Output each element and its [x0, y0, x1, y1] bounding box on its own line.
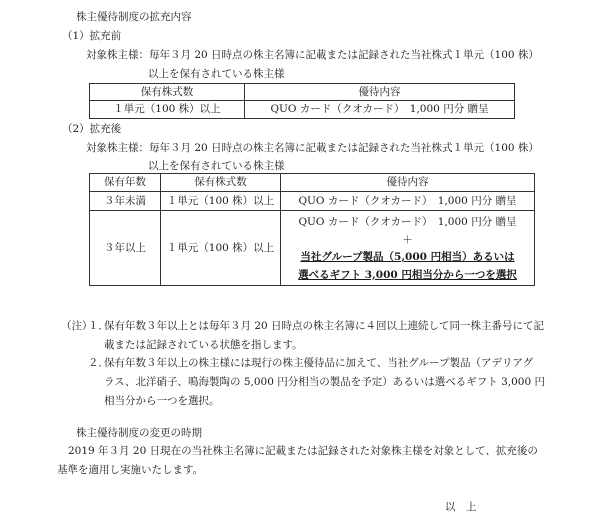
header-benefit: 優待内容 [245, 84, 515, 101]
timing-line2: 基準を適用し実施いたします。 [57, 465, 203, 476]
cell-benefit: QUO カード（クオカード） 1,000 円分 贈呈 [245, 101, 515, 119]
header-shares: 保有株式数 [161, 174, 281, 192]
eligibility-after-line2: 以上を保有されている株主様 [148, 161, 285, 172]
cell-benefit: QUO カード（クオカード） 1,000 円分 贈呈 [281, 192, 535, 211]
header-shares: 保有株式数 [90, 84, 245, 101]
table-after-header-row: 保有年数 保有株式数 優待内容 [90, 174, 535, 192]
table-before: 保有株式数 優待内容 １単元（100 株）以上 QUO カード（クオカード） 1… [89, 83, 515, 119]
note-2-line2: ラス、北洋硝子、鳴海製陶の 5,000 円分相当の製品を予定）あるいは選べるギフ… [104, 377, 545, 388]
header-years: 保有年数 [90, 174, 161, 192]
benefit-line-quo: QUO カード（クオカード） 1,000 円分 贈呈 [298, 217, 516, 228]
section-title-expansion: 株主優待制度の拡充内容 [76, 12, 192, 23]
table-row: ３年以上 １単元（100 株）以上 QUO カード（クオカード） 1,000 円… [90, 211, 535, 286]
timing-line1: 2019 年３月 20 日現在の当社株主名簿に記載または記録された対象株主様を対… [68, 446, 538, 457]
cell-shares: １単元（100 株）以上 [161, 211, 281, 286]
cell-shares: １単元（100 株）以上 [90, 101, 245, 119]
closing-mark: 以 上 [445, 502, 477, 513]
cell-years: ３年未満 [90, 192, 161, 211]
eligibility-before-line1: 対象株主様：毎年３月 20 日時点の株主名簿に記載または記録された当社株式１単元… [86, 50, 539, 61]
note-2-line3: 相当分から一つを選択。 [104, 396, 220, 407]
header-benefit: 優待内容 [281, 174, 535, 192]
heading-after: （2）拡充後 [62, 124, 121, 135]
benefit-line-gift: 選べるギフト 3,000 円相当分から一つを選択 [298, 270, 517, 281]
benefit-line-group-products: 当社グループ製品（5,000 円相当）あるいは [300, 252, 514, 263]
table-row: ３年未満 １単元（100 株）以上 QUO カード（クオカード） 1,000 円… [90, 192, 535, 211]
table-after: 保有年数 保有株式数 優待内容 ３年未満 １単元（100 株）以上 QUO カー… [89, 173, 535, 286]
eligibility-before-line2: 以上を保有されている株主様 [148, 69, 285, 80]
table-row: １単元（100 株）以上 QUO カード（クオカード） 1,000 円分 贈呈 [90, 101, 515, 119]
note-1-line2: 載または記録されている状態を指します。 [104, 340, 303, 351]
section-title-timing: 株主優待制度の変更の時期 [76, 428, 202, 439]
plus-sign: ＋ [402, 235, 413, 246]
heading-before: （1）拡充前 [62, 31, 121, 42]
note-2-line1: 保有年数３年以上の株主様には現行の株主優待品に加えて、当社グループ製品（アデリア… [104, 358, 533, 369]
note-1-line1: 保有年数３年以上とは毎年３月 20 日時点の株主名簿に４回以上連続して同一株主番… [104, 321, 544, 332]
eligibility-after-line1: 対象株主様：毎年３月 20 日時点の株主名簿に記載または記録された当社株式１単元… [86, 143, 539, 154]
cell-years: ３年以上 [90, 211, 161, 286]
cell-benefit-multi: QUO カード（クオカード） 1,000 円分 贈呈 ＋ 当社グループ製品（5,… [281, 211, 535, 286]
cell-shares: １単元（100 株）以上 [161, 192, 281, 211]
table-before-header-row: 保有株式数 優待内容 [90, 84, 515, 101]
